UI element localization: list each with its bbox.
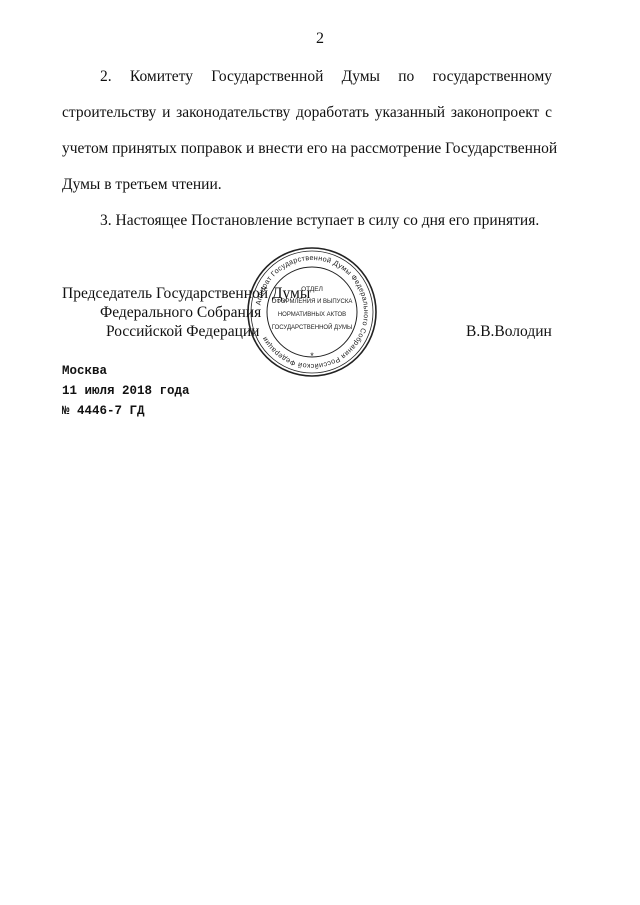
signer-name: В.В.Володин <box>466 323 552 341</box>
paragraph-2-line-3: учетом принятых поправок и внести его на… <box>62 140 552 158</box>
document-number: № 4446-7 ГД <box>62 404 145 418</box>
signature-title-line-3: Российской Федерации <box>106 323 259 341</box>
stamp-line-3: НОРМАТИВНЫХ АКТОВ <box>278 312 346 318</box>
paragraph-2-line-4: Думы в третьем чтении. <box>62 176 552 194</box>
stamp-star: * <box>310 351 314 361</box>
stamp-line-2: ОФОРМЛЕНИЯ И ВЫПУСКА <box>272 299 353 305</box>
document-city: Москва <box>62 364 107 378</box>
document-date: 11 июля 2018 года <box>62 384 190 398</box>
stamp-line-4: ГОСУДАРСТВЕННОЙ ДУМЫ <box>272 323 353 331</box>
paragraph-3: 3. Настоящее Постановление вступает в си… <box>100 212 590 230</box>
paragraph-2-line-1: 2. Комитету Государственной Думы по госу… <box>100 68 552 86</box>
official-stamp-icon: Аппарат Государственной Думы Федеральног… <box>245 245 379 379</box>
page-number: 2 <box>0 30 640 48</box>
paragraph-2-line-2: строительству и законодательству доработ… <box>62 104 552 122</box>
stamp-line-1: ОТДЕЛ <box>301 286 323 293</box>
signature-title-line-2: Федерального Собрания <box>100 304 261 322</box>
